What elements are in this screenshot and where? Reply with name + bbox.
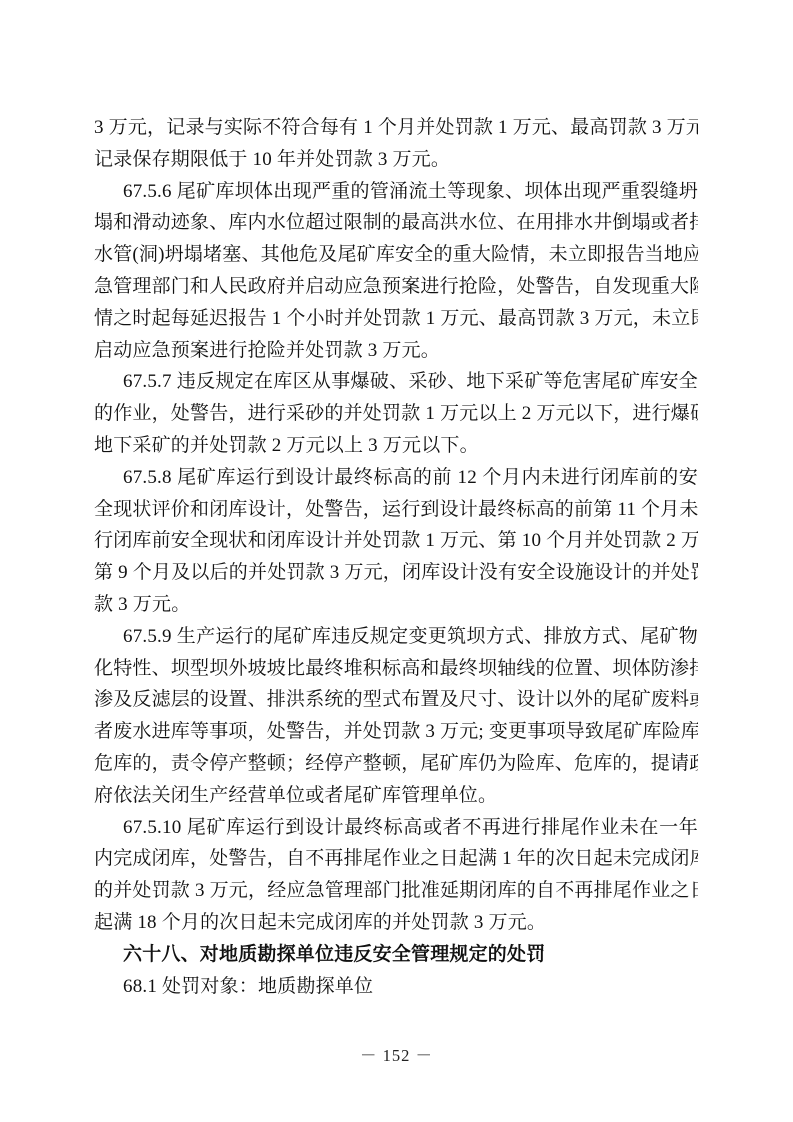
paragraph: 67.5.6 尾矿库坝体出现严重的管涌流土等现象、坝体出现严重裂缝坍塌和滑动迹象… xyxy=(94,176,698,367)
paragraph: 3 万元，记录与实际不符合每有 1 个月并处罚款 1 万元、最高罚款 3 万元，… xyxy=(94,112,698,176)
text-line: 67.5.8 尾矿库运行到设计最终标高的前 12 个月内未进行闭库前的安 xyxy=(94,462,698,494)
section-heading: 六十八、对地质勘探单位违反安全管理规定的处罚 xyxy=(94,939,698,971)
text-line: 68.1 处罚对象：地质勘探单位 xyxy=(94,971,698,1003)
text-line: 内完成闭库，处警告，自不再排尾作业之日起满 1 年的次日起未完成闭库 xyxy=(94,843,698,875)
text-line: 情之时起每延迟报告 1 个小时并处罚款 1 万元、最高罚款 3 万元，未立即 xyxy=(94,303,698,335)
text-line: 的作业，处警告，进行采砂的并处罚款 1 万元以上 2 万元以下，进行爆破、 xyxy=(94,398,698,430)
text-line: 全现状评价和闭库设计，处警告，运行到设计最终标高的前第 11 个月未进 xyxy=(94,494,698,526)
paragraph: 67.5.7 违反规定在库区从事爆破、采砂、地下采矿等危害尾矿库安全的作业，处警… xyxy=(94,366,698,461)
text-line: 款 3 万元。 xyxy=(94,589,698,621)
paragraph: 68.1 处罚对象：地质勘探单位 xyxy=(94,971,698,1003)
text-line: 六十八、对地质勘探单位违反安全管理规定的处罚 xyxy=(94,939,698,971)
text-line: 急管理部门和人民政府并启动应急预案进行抢险，处警告，自发现重大险 xyxy=(94,271,698,303)
text-line: 67.5.7 违反规定在库区从事爆破、采砂、地下采矿等危害尾矿库安全 xyxy=(94,366,698,398)
text-line: 府依法关闭生产经营单位或者尾矿库管理单位。 xyxy=(94,780,698,812)
text-line: 起满 18 个月的次日起未完成闭库的并处罚款 3 万元。 xyxy=(94,907,698,939)
paragraph: 67.5.8 尾矿库运行到设计最终标高的前 12 个月内未进行闭库前的安全现状评… xyxy=(94,462,698,621)
page-number: － 152 － xyxy=(0,1042,793,1066)
text-line: 67.5.10 尾矿库运行到设计最终标高或者不再进行排尾作业未在一年 xyxy=(94,812,698,844)
text-line: 者废水进库等事项，处警告，并处罚款 3 万元; 变更事项导致尾矿库险库、 xyxy=(94,716,698,748)
text-line: 3 万元，记录与实际不符合每有 1 个月并处罚款 1 万元、最高罚款 3 万元， xyxy=(94,112,698,144)
text-line: 地下采矿的并处罚款 2 万元以上 3 万元以下。 xyxy=(94,430,698,462)
text-line: 水管(洞)坍塌堵塞、其他危及尾矿库安全的重大险情，未立即报告当地应 xyxy=(94,239,698,271)
text-line: 行闭库前安全现状和闭库设计并处罚款 1 万元、第 10 个月并处罚款 2 万元、 xyxy=(94,525,698,557)
text-line: 的并处罚款 3 万元，经应急管理部门批准延期闭库的自不再排尾作业之日 xyxy=(94,875,698,907)
text-line: 塌和滑动迹象、库内水位超过限制的最高洪水位、在用排水井倒塌或者排 xyxy=(94,207,698,239)
text-line: 启动应急预案进行抢险并处罚款 3 万元。 xyxy=(94,335,698,367)
text-line: 67.5.6 尾矿库坝体出现严重的管涌流土等现象、坝体出现严重裂缝坍 xyxy=(94,176,698,208)
text-line: 渗及反滤层的设置、排洪系统的型式布置及尺寸、设计以外的尾矿废料或 xyxy=(94,684,698,716)
text-line: 67.5.9 生产运行的尾矿库违反规定变更筑坝方式、排放方式、尾矿物 xyxy=(94,621,698,653)
text-line: 危库的，责令停产整顿；经停产整顿，尾矿库仍为险库、危库的，提请政 xyxy=(94,748,698,780)
paragraph: 67.5.10 尾矿库运行到设计最终标高或者不再进行排尾作业未在一年内完成闭库，… xyxy=(94,812,698,939)
text-line: 记录保存期限低于 10 年并处罚款 3 万元。 xyxy=(94,144,698,176)
document-page: 3 万元，记录与实际不符合每有 1 个月并处罚款 1 万元、最高罚款 3 万元，… xyxy=(0,0,793,1122)
document-body: 3 万元，记录与实际不符合每有 1 个月并处罚款 1 万元、最高罚款 3 万元，… xyxy=(94,112,698,1002)
text-line: 第 9 个月及以后的并处罚款 3 万元，闭库设计没有安全设施设计的并处罚 xyxy=(94,557,698,589)
text-line: 化特性、坝型坝外坡坡比最终堆积标高和最终坝轴线的位置、坝体防渗排 xyxy=(94,653,698,685)
paragraph: 67.5.9 生产运行的尾矿库违反规定变更筑坝方式、排放方式、尾矿物化特性、坝型… xyxy=(94,621,698,812)
